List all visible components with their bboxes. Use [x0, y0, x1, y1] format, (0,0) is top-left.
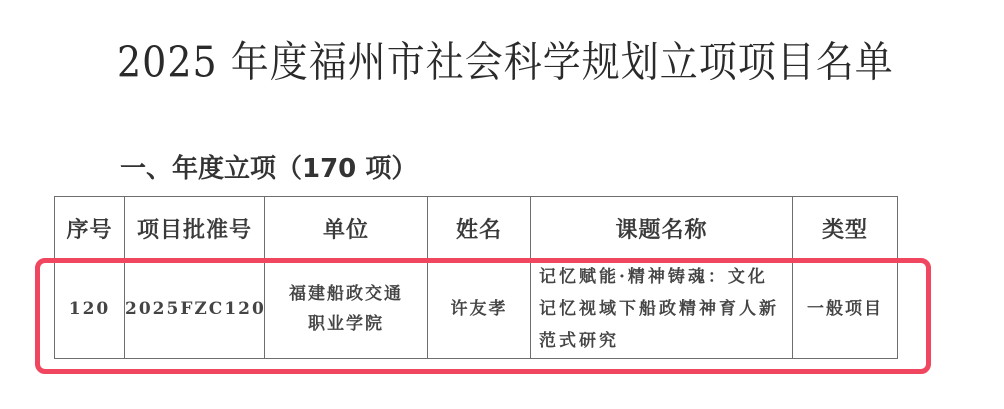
approval-number-value: 2025FZC120 [125, 293, 266, 325]
column-header-name: 姓名 [428, 197, 531, 260]
cell-approval-number: 2025FZC120 [125, 260, 265, 359]
table-row: 120 2025FZC120 福建船政交通职业学院 许友孝 记忆赋能·精神铸魂：… [55, 260, 898, 359]
cell-name: 许友孝 [428, 260, 531, 359]
column-header-approval-number: 项目批准号 [125, 197, 265, 260]
unit-value: 福建船政交通职业学院 [286, 279, 406, 339]
cell-index: 120 [55, 260, 125, 359]
document-title: 2025 年度福州市社会科学规划立项项目名单 [117, 36, 857, 89]
table-header-row: 序号 项目批准号 单位 姓名 课题名称 类型 [55, 197, 898, 260]
column-header-topic: 课题名称 [531, 197, 793, 260]
cell-unit: 福建船政交通职业学院 [265, 260, 428, 359]
column-header-unit: 单位 [265, 197, 428, 260]
cell-topic: 记忆赋能·精神铸魂：文化记忆视域下船政精神育人新范式研究 [531, 260, 793, 359]
column-header-index: 序号 [55, 197, 125, 260]
section-heading: 一、年度立项（170 项） [120, 152, 417, 186]
cell-type: 一般项目 [793, 260, 898, 359]
project-list-table: 序号 项目批准号 单位 姓名 课题名称 类型 120 2025FZC120 福建… [54, 196, 898, 359]
index-value: 120 [69, 293, 111, 325]
name-value: 许友孝 [451, 293, 508, 325]
type-value: 一般项目 [807, 293, 883, 325]
topic-value: 记忆赋能·精神铸魂：文化记忆视域下船政精神育人新范式研究 [539, 267, 779, 351]
column-header-type: 类型 [793, 197, 898, 260]
